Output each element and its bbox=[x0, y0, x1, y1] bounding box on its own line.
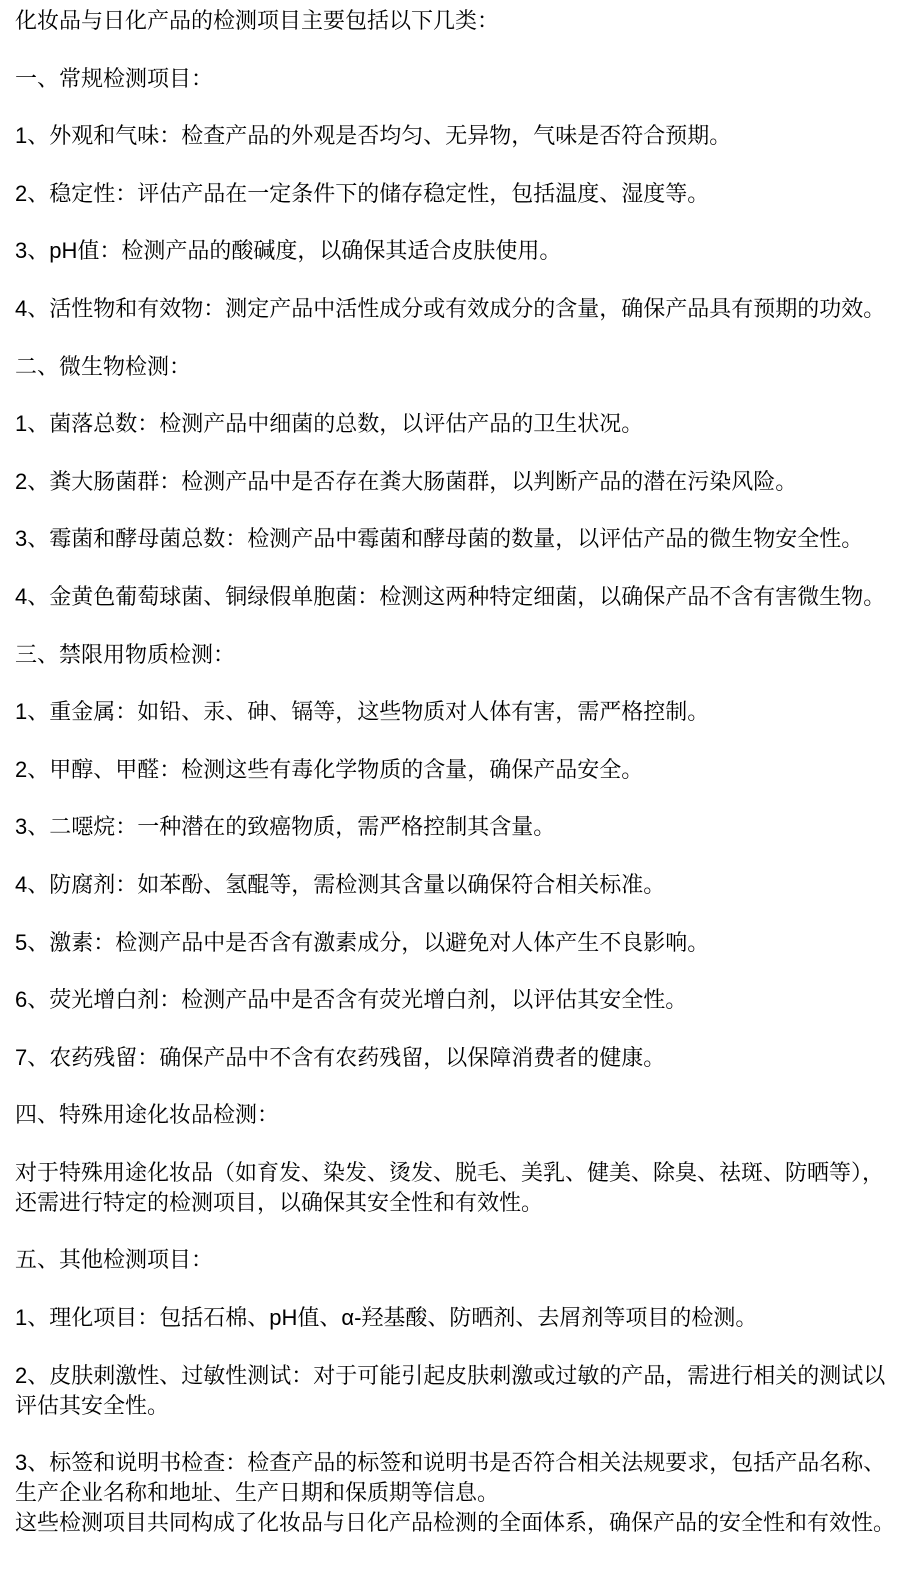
section-1-item-3: 3、pH值：检测产品的酸碱度，以确保其适合皮肤使用。 bbox=[15, 236, 895, 266]
section-heading-4: 四、特殊用途化妆品检测： bbox=[15, 1100, 895, 1130]
section-3-item-3: 3、二噁烷：一种潜在的致癌物质，需严格控制其含量。 bbox=[15, 812, 895, 842]
section-1-item-2: 2、稳定性：评估产品在一定条件下的储存稳定性，包括温度、湿度等。 bbox=[15, 179, 895, 209]
section-heading-5: 五、其他检测项目： bbox=[15, 1245, 895, 1275]
section-4-item-1: 对于特殊用途化妆品（如育发、染发、烫发、脱毛、美乳、健美、除臭、祛斑、防晒等），… bbox=[15, 1158, 895, 1218]
section-3-item-1: 1、重金属：如铅、汞、砷、镉等，这些物质对人体有害，需严格控制。 bbox=[15, 697, 895, 727]
section-3-item-4: 4、防腐剂：如苯酚、氢醌等，需检测其含量以确保符合相关标准。 bbox=[15, 870, 895, 900]
section-2-item-2: 2、粪大肠菌群：检测产品中是否存在粪大肠菌群，以判断产品的潜在污染风险。 bbox=[15, 467, 895, 497]
section-1-item-4: 4、活性物和有效物：测定产品中活性成分或有效成分的含量，确保产品具有预期的功效。 bbox=[15, 294, 895, 324]
section-2-item-1: 1、菌落总数：检测产品中细菌的总数，以评估产品的卫生状况。 bbox=[15, 409, 895, 439]
section-5-item-2: 2、皮肤刺激性、过敏性测试：对于可能引起皮肤刺激或过敏的产品，需进行相关的测试以… bbox=[15, 1361, 895, 1421]
section-2-item-4: 4、金黄色葡萄球菌、铜绿假单胞菌：检测这两种特定细菌，以确保产品不含有害微生物。 bbox=[15, 582, 895, 612]
section-heading-2: 二、微生物检测： bbox=[15, 352, 895, 382]
section-1-item-1: 1、外观和气味：检查产品的外观是否均匀、无异物，气味是否符合预期。 bbox=[15, 121, 895, 151]
section-5-item-3: 3、标签和说明书检查：检查产品的标签和说明书是否符合相关法规要求，包括产品名称、… bbox=[15, 1448, 895, 1508]
section-2-item-3: 3、霉菌和酵母菌总数：检测产品中霉菌和酵母菌的数量，以评估产品的微生物安全性。 bbox=[15, 524, 895, 554]
section-3-item-6: 6、荧光增白剂：检测产品中是否含有荧光增白剂，以评估其安全性。 bbox=[15, 985, 895, 1015]
sections-container: 一、常规检测项目：1、外观和气味：检查产品的外观是否均匀、无异物，气味是否符合预… bbox=[15, 64, 895, 1509]
section-3-item-2: 2、甲醇、甲醛：检测这些有毒化学物质的含量，确保产品安全。 bbox=[15, 755, 895, 785]
section-heading-1: 一、常规检测项目： bbox=[15, 64, 895, 94]
section-3-item-7: 7、农药残留：确保产品中不含有农药残留，以保障消费者的健康。 bbox=[15, 1043, 895, 1073]
intro-paragraph: 化妆品与日化产品的检测项目主要包括以下几类： bbox=[15, 6, 895, 36]
section-heading-3: 三、禁限用物质检测： bbox=[15, 640, 895, 670]
section-3-item-5: 5、激素：检测产品中是否含有激素成分，以避免对人体产生不良影响。 bbox=[15, 928, 895, 958]
closing-paragraph: 这些检测项目共同构成了化妆品与日化产品检测的全面体系，确保产品的安全性和有效性。 bbox=[15, 1508, 895, 1538]
document: 化妆品与日化产品的检测项目主要包括以下几类： 一、常规检测项目：1、外观和气味：… bbox=[0, 0, 900, 1538]
section-5-item-1: 1、理化项目：包括石棉、pH值、α-羟基酸、防晒剂、去屑剂等项目的检测。 bbox=[15, 1303, 895, 1333]
